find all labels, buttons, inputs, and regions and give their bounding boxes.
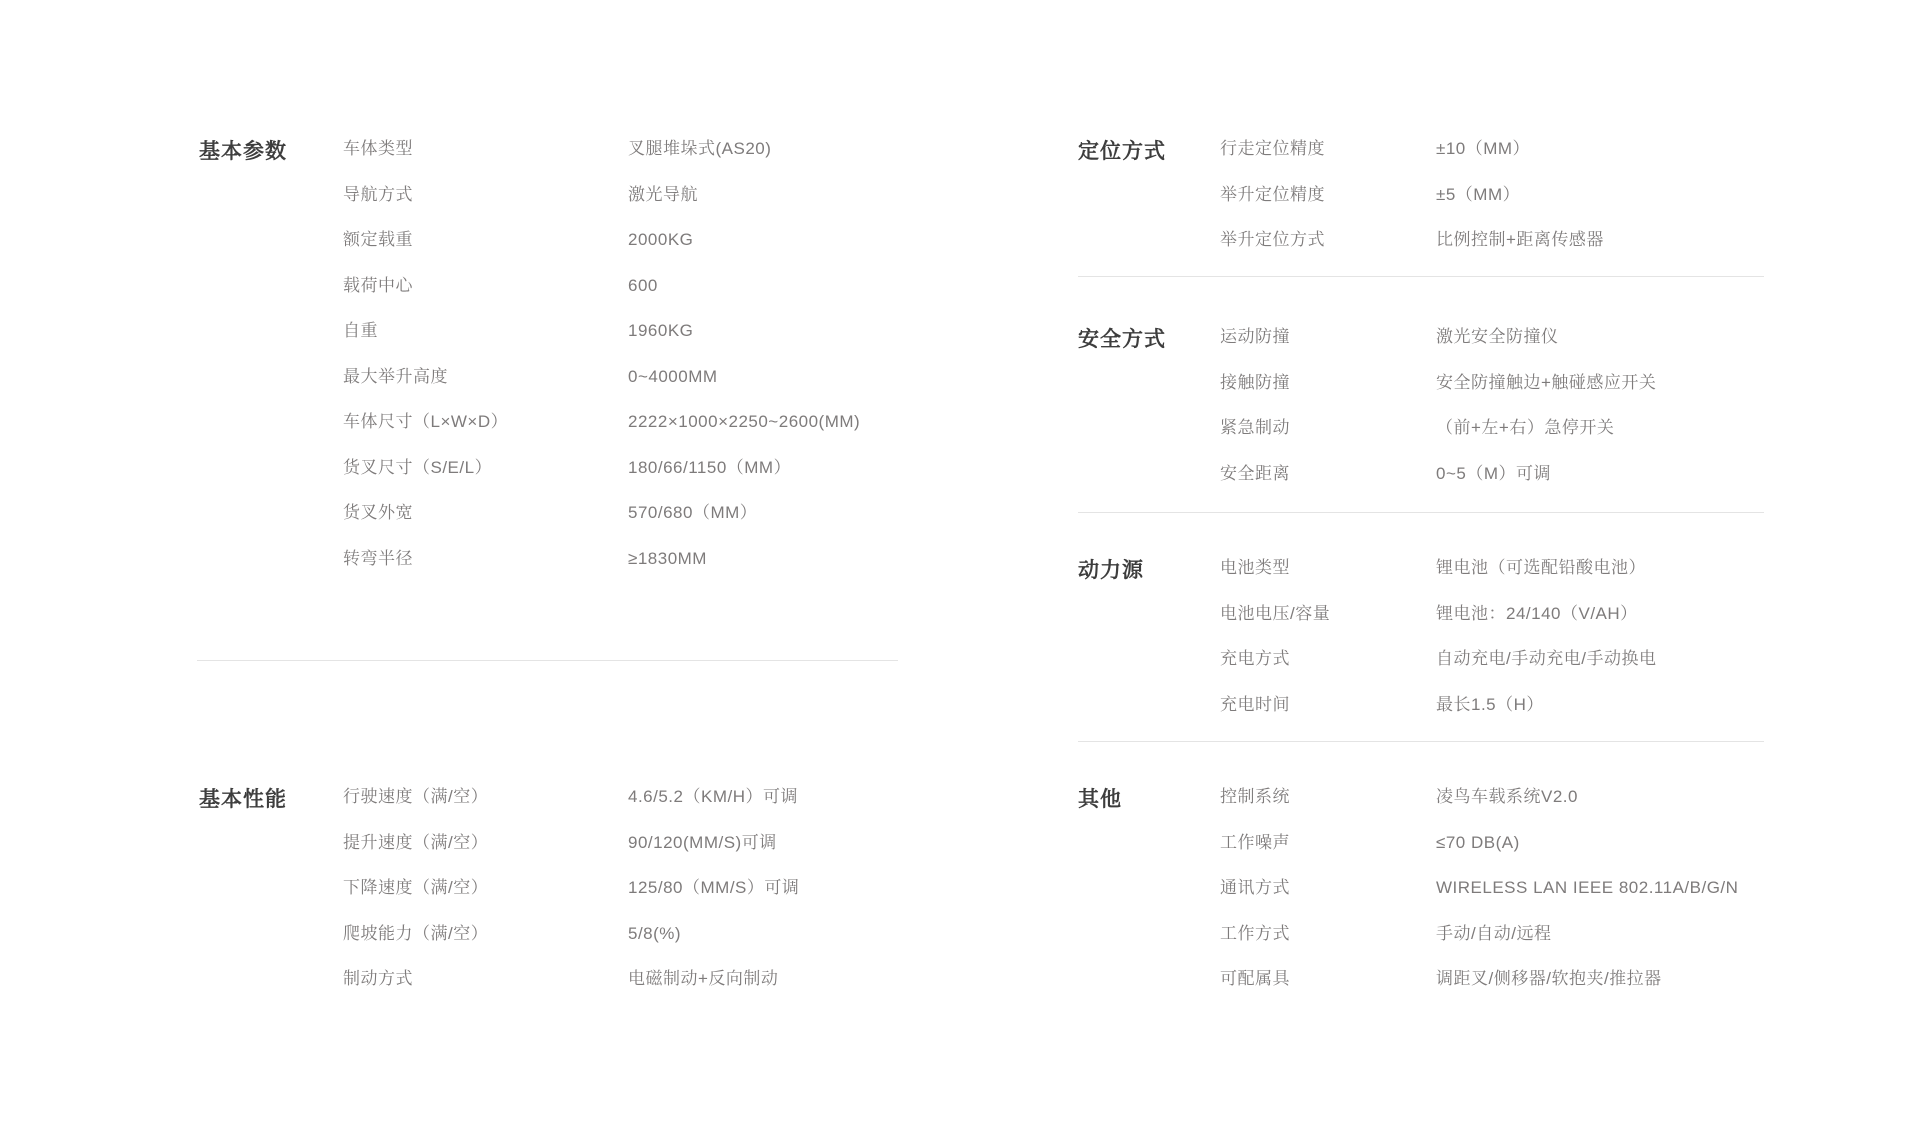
spec-value: 调距叉/侧移器/软抱夹/推拉器 xyxy=(1436,968,1662,990)
spec-value: WIRELESS LAN IEEE 802.11A/B/G/N xyxy=(1436,877,1738,899)
spec-label: 车体类型 xyxy=(343,138,628,160)
spec-row: 紧急制动 （前+左+右）急停开关 xyxy=(1220,417,1656,463)
spec-value: 比例控制+距离传感器 xyxy=(1436,229,1604,251)
spec-row: 转弯半径 ≥1830MM xyxy=(343,548,860,594)
spec-value: （前+左+右）急停开关 xyxy=(1436,417,1614,439)
spec-row: 导航方式 激光导航 xyxy=(343,184,860,230)
spec-value: 1960KG xyxy=(628,320,693,342)
spec-value: ≥1830MM xyxy=(628,548,707,570)
spec-label: 行走定位精度 xyxy=(1220,138,1436,160)
spec-label: 行驶速度（满/空） xyxy=(343,786,628,808)
spec-label: 举升定位精度 xyxy=(1220,184,1436,206)
spec-row: 电池电压/容量 锂电池：24/140（V/AH） xyxy=(1220,603,1656,649)
spec-row: 安全距离 0~5（M）可调 xyxy=(1220,463,1656,509)
spec-value: 叉腿堆垛式(AS20) xyxy=(628,138,771,160)
spec-value: 600 xyxy=(628,275,658,297)
spec-row: 自重 1960KG xyxy=(343,320,860,366)
spec-label: 紧急制动 xyxy=(1220,417,1436,439)
spec-row: 货叉尺寸（S/E/L） 180/66/1150（MM） xyxy=(343,457,860,503)
spec-value: 自动充电/手动充电/手动换电 xyxy=(1436,648,1656,670)
spec-value: 125/80（MM/S）可调 xyxy=(628,877,799,899)
spec-label: 载荷中心 xyxy=(343,275,628,297)
section-divider xyxy=(1078,276,1764,277)
spec-row: 车体类型 叉腿堆垛式(AS20) xyxy=(343,138,860,184)
spec-value: ±10（MM） xyxy=(1436,138,1530,160)
spec-row: 制动方式 电磁制动+反向制动 xyxy=(343,968,799,1014)
spec-value: 5/8(%) xyxy=(628,923,681,945)
spec-value: 锂电池：24/140（V/AH） xyxy=(1436,603,1638,625)
section-rows: 运动防撞 激光安全防撞仪 接触防撞 安全防撞触边+触碰感应开关 紧急制动 （前+… xyxy=(1220,326,1656,508)
spec-row: 接触防撞 安全防撞触边+触碰感应开关 xyxy=(1220,372,1656,418)
spec-row: 行走定位精度 ±10（MM） xyxy=(1220,138,1604,184)
spec-value: ±5（MM） xyxy=(1436,184,1520,206)
spec-label: 运动防撞 xyxy=(1220,326,1436,348)
spec-value: 激光安全防撞仪 xyxy=(1436,326,1559,348)
section-title: 基本性能 xyxy=(199,783,287,813)
spec-label: 最大举升高度 xyxy=(343,366,628,388)
spec-row: 货叉外宽 570/680（MM） xyxy=(343,502,860,548)
spec-label: 接触防撞 xyxy=(1220,372,1436,394)
spec-label: 工作噪声 xyxy=(1220,832,1436,854)
spec-label: 电池电压/容量 xyxy=(1220,603,1436,625)
spec-row: 电池类型 锂电池（可选配铅酸电池） xyxy=(1220,557,1656,603)
spec-label: 充电时间 xyxy=(1220,694,1436,716)
spec-row: 下降速度（满/空） 125/80（MM/S）可调 xyxy=(343,877,799,923)
section-divider xyxy=(197,660,898,661)
spec-row: 运动防撞 激光安全防撞仪 xyxy=(1220,326,1656,372)
section-rows: 电池类型 锂电池（可选配铅酸电池） 电池电压/容量 锂电池：24/140（V/A… xyxy=(1220,557,1656,739)
spec-value: 2222×1000×2250~2600(MM) xyxy=(628,411,860,433)
spec-label: 工作方式 xyxy=(1220,923,1436,945)
spec-label: 控制系统 xyxy=(1220,786,1436,808)
spec-value: ≤70 DB(A) xyxy=(1436,832,1520,854)
section-title: 安全方式 xyxy=(1078,323,1166,353)
section-title: 基本参数 xyxy=(199,135,287,165)
spec-row: 最大举升高度 0~4000MM xyxy=(343,366,860,412)
spec-value: 手动/自动/远程 xyxy=(1436,923,1551,945)
section-rows: 车体类型 叉腿堆垛式(AS20) 导航方式 激光导航 额定载重 2000KG 载… xyxy=(343,138,860,593)
spec-value: 90/120(MM/S)可调 xyxy=(628,832,777,854)
spec-label: 货叉外宽 xyxy=(343,502,628,524)
spec-row: 举升定位方式 比例控制+距离传感器 xyxy=(1220,229,1604,275)
spec-value: 0~5（M）可调 xyxy=(1436,463,1551,485)
spec-row: 额定载重 2000KG xyxy=(343,229,860,275)
section-divider xyxy=(1078,741,1764,742)
spec-value: 0~4000MM xyxy=(628,366,718,388)
section-divider xyxy=(1078,512,1764,513)
spec-label: 下降速度（满/空） xyxy=(343,877,628,899)
spec-label: 转弯半径 xyxy=(343,548,628,570)
spec-row: 车体尺寸（L×W×D） 2222×1000×2250~2600(MM) xyxy=(343,411,860,457)
spec-value: 最长1.5（H） xyxy=(1436,694,1544,716)
section-rows: 行走定位精度 ±10（MM） 举升定位精度 ±5（MM） 举升定位方式 比例控制… xyxy=(1220,138,1604,275)
spec-label: 车体尺寸（L×W×D） xyxy=(343,411,628,433)
spec-label: 额定载重 xyxy=(343,229,628,251)
section-title: 动力源 xyxy=(1078,554,1144,584)
spec-label: 充电方式 xyxy=(1220,648,1436,670)
spec-label: 货叉尺寸（S/E/L） xyxy=(343,457,628,479)
spec-label: 制动方式 xyxy=(343,968,628,990)
spec-value: 电磁制动+反向制动 xyxy=(628,968,778,990)
section-title: 定位方式 xyxy=(1078,135,1166,165)
spec-sheet-page: 基本参数 车体类型 叉腿堆垛式(AS20) 导航方式 激光导航 额定载重 200… xyxy=(0,0,1920,1122)
spec-value: 安全防撞触边+触碰感应开关 xyxy=(1436,372,1656,394)
spec-label: 举升定位方式 xyxy=(1220,229,1436,251)
spec-value: 凌鸟车载系统V2.0 xyxy=(1436,786,1578,808)
spec-row: 控制系统 凌鸟车载系统V2.0 xyxy=(1220,786,1738,832)
spec-label: 安全距离 xyxy=(1220,463,1436,485)
section-rows: 行驶速度（满/空） 4.6/5.2（KM/H）可调 提升速度（满/空） 90/1… xyxy=(343,786,799,1014)
spec-row: 充电时间 最长1.5（H） xyxy=(1220,694,1656,740)
spec-label: 可配属具 xyxy=(1220,968,1436,990)
spec-row: 工作方式 手动/自动/远程 xyxy=(1220,923,1738,969)
spec-row: 载荷中心 600 xyxy=(343,275,860,321)
spec-value: 180/66/1150（MM） xyxy=(628,457,791,479)
spec-row: 工作噪声 ≤70 DB(A) xyxy=(1220,832,1738,878)
spec-value: 4.6/5.2（KM/H）可调 xyxy=(628,786,798,808)
spec-value: 2000KG xyxy=(628,229,693,251)
spec-value: 激光导航 xyxy=(628,184,698,206)
spec-label: 通讯方式 xyxy=(1220,877,1436,899)
spec-label: 自重 xyxy=(343,320,628,342)
spec-row: 举升定位精度 ±5（MM） xyxy=(1220,184,1604,230)
spec-label: 提升速度（满/空） xyxy=(343,832,628,854)
spec-row: 爬坡能力（满/空） 5/8(%) xyxy=(343,923,799,969)
spec-row: 提升速度（满/空） 90/120(MM/S)可调 xyxy=(343,832,799,878)
spec-row: 可配属具 调距叉/侧移器/软抱夹/推拉器 xyxy=(1220,968,1738,1014)
spec-row: 通讯方式 WIRELESS LAN IEEE 802.11A/B/G/N xyxy=(1220,877,1738,923)
spec-row: 充电方式 自动充电/手动充电/手动换电 xyxy=(1220,648,1656,694)
spec-label: 导航方式 xyxy=(343,184,628,206)
spec-value: 锂电池（可选配铅酸电池） xyxy=(1436,557,1646,579)
section-rows: 控制系统 凌鸟车载系统V2.0 工作噪声 ≤70 DB(A) 通讯方式 WIRE… xyxy=(1220,786,1738,1014)
section-title: 其他 xyxy=(1078,783,1122,813)
spec-label: 电池类型 xyxy=(1220,557,1436,579)
spec-row: 行驶速度（满/空） 4.6/5.2（KM/H）可调 xyxy=(343,786,799,832)
spec-label: 爬坡能力（满/空） xyxy=(343,923,628,945)
spec-value: 570/680（MM） xyxy=(628,502,757,524)
